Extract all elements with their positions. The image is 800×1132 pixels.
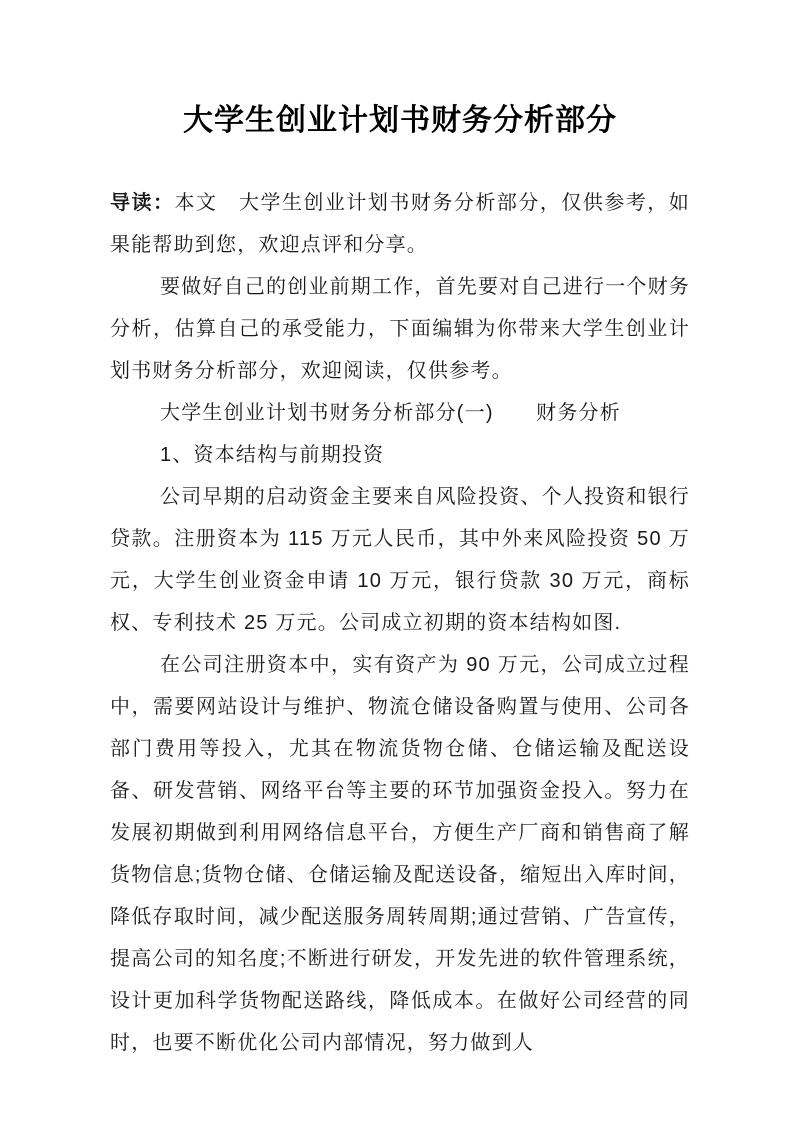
intro-paragraph: 导读：本文 大学生创业计划书财务分析部分，仅供参考，如果能帮助到您，欢迎点评和分… (110, 182, 690, 266)
document-page: 大学生创业计划书财务分析部分 导读：本文 大学生创业计划书财务分析部分，仅供参考… (0, 0, 800, 1132)
body-paragraph-capital-figures: 公司早期的启动资金主要来自风险投资、个人投资和银行贷款。注册资本为 115 万元… (110, 476, 690, 644)
page-title: 大学生创业计划书财务分析部分 (110, 102, 690, 140)
intro-text: 本文 大学生创业计划书财务分析部分，仅供参考，如果能帮助到您，欢迎点评和分享。 (110, 192, 690, 256)
intro-lead-label: 导读： (110, 192, 174, 214)
body-paragraph-operations: 在公司注册资本中，实有资产为 90 万元，公司成立过程中，需要网站设计与维护、物… (110, 644, 690, 1064)
section-heading-part-one: 大学生创业计划书财务分析部分(一) 财务分析 (110, 392, 690, 434)
subsection-heading-capital-structure: 1、资本结构与前期投资 (110, 434, 690, 476)
body-paragraph-1: 要做好自己的创业前期工作，首先要对自己进行一个财务分析，估算自己的承受能力，下面… (110, 266, 690, 392)
